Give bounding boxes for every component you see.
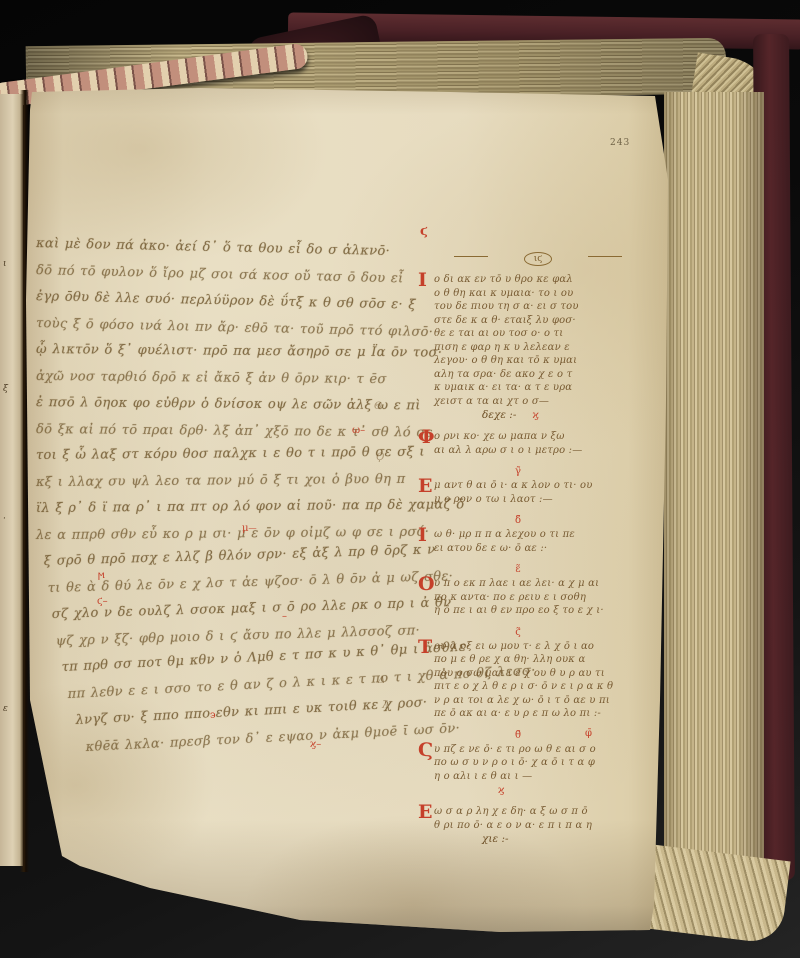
page-fore-edges	[664, 92, 764, 892]
rubric-tail-mark: ϗ	[498, 784, 505, 796]
photo-background: ιξ·ε 243 καὶ μὲ δον πά ἀκο· ἀεί δ᾽ ὅ τα …	[0, 0, 800, 958]
scholia-text-line: η ō πε ι αι θ εν προ εο ξ το ε χ ι·	[434, 604, 658, 618]
manuscript-page: 243 καὶ μὲ δον πά ἀκο· ἀεί δ᾽ ὅ τα θου ε…	[24, 80, 674, 940]
scholia-section: Ιο δι ακ εν τō υ θρο κε φαλο θ θη και κ …	[434, 273, 658, 422]
margin-mark: Ϙ	[376, 453, 384, 463]
scholia-text-line: υ πζ ε νε ō· ε τι ρο ω θ ε αι σ ο	[434, 743, 658, 757]
manuscript-text-line: τοι ξ ὧ λαξ στ κόρυ θοσ παλχκ ι ε θο τ ι…	[36, 445, 428, 475]
scholia-header: ιϛ	[448, 246, 628, 266]
scholia-text-line: ει ατου δε ε ω· ō αε :·	[434, 542, 658, 556]
scholia-text-line: θ ρι πο ō· α ε ο ν α· ε π ι π α η	[434, 819, 658, 833]
scholia-text-line: πο μ ε θ ρε χ α θη· λλη ουκ α	[434, 653, 658, 667]
scholia-section: Εω σ α ρ λη χ ε δη· α ξ ω σ π ōθ ρι πο ō…	[434, 805, 658, 846]
scholia-text-line: λεγου· ο θ θη και τō κ υμαι	[434, 354, 658, 368]
scholia-section-number: γ̃	[418, 465, 618, 478]
margin-mark: ω–	[352, 426, 365, 436]
manuscript-text-line: κξ ι λλαχ συ ψλ λεο τα πον μύ ō ξ τι χοι…	[36, 471, 428, 501]
manuscript-text-line: ἀχῶ νοσ ταρθιό δρō κ εἰ ἄκō ξ ἀν θ ōρν κ…	[36, 369, 428, 399]
margin-mark: ϛ–	[97, 597, 108, 607]
scholia-text-line: η ο αλι ι ε θ αι ι —	[434, 770, 658, 784]
scholia-section: Ϛυ πζ ε νε ō· ε τι ρο ω θ ε αι σ οπο ω σ…	[434, 743, 658, 798]
rubric-initial: Ι	[418, 271, 427, 290]
scholia-text-line: πιτ ε ο χ λ θ ε ρ ι σ· ō ν ε ι ρ α κ θ	[434, 680, 658, 694]
scholia-text-line: πιση ε φαρ η κ υ λελεαν ε	[434, 341, 658, 355]
margin-mark: λ̄	[382, 701, 388, 711]
rubric-initial: Τ	[418, 638, 432, 657]
scholia-text-line: ω σ α ρ λη χ ε δη· α ξ ω σ π ō	[434, 805, 658, 819]
scholia-text-line: ο θ θη και κ υμαια· το ι ου	[434, 287, 658, 301]
scholia-text-line: στε δε κ α θ· εταιξ λυ φοσ·	[434, 314, 658, 328]
scholia-text-line: χειστ α τα αι χτ ο σ—	[434, 395, 658, 409]
scholia-text-line: ο δι ακ εν τō υ θρο κε φαλ	[434, 273, 658, 287]
scholia-text-line: ου α οξ ει ω μου τ· ε λ χ ō ι αο	[434, 640, 658, 654]
scholia-text-line: θε ε ται αι ου τοσ ο· ο τι	[434, 327, 658, 341]
scholia-sections: Ιο δι ακ εν τō υ θρο κε φαλο θ θη και κ …	[418, 273, 658, 846]
manuscript-text-line: ᾧ λικτōν ὅ ξ᾽ φυέλιστ· πρō πα μεσ ἄσηρō …	[36, 342, 428, 372]
scholia-text-line: ν ρ αι τοι α λε χ ω· ō ι τ ō αε υ πι	[434, 694, 658, 708]
scholia-text-line: ο ρνι κο· χε ω μαπα ν ξω	[434, 430, 658, 444]
scholia-text-line: αλη τα σρα· δε ακο χ ε ο τ	[434, 368, 658, 382]
margin-mark: μ⏤	[242, 524, 257, 534]
manuscript-text-line: ἐ πσō λ ōηοκ φο εὐθρν ὁ δνίσοκ οψ λε σῶν…	[36, 395, 428, 425]
rubric-initial: Ε	[418, 477, 432, 496]
scholia-text-line: πο ω σ υ ν ρ ο ι ō· χ α ō ι τ α φ	[434, 756, 658, 770]
scholia-text-line: μ ο ρον ο τω ι λαοτ :—	[434, 493, 658, 507]
main-text-block: καὶ μὲ δον πά ἀκο· ἀεί δ᾽ ὅ τα θου εἶ δο…	[36, 236, 428, 766]
scholia-section: Φο ρνι κο· χε ω μαπα ν ξωαι αλ λ αρω σ ι…	[434, 430, 658, 457]
scholia-section: Εμ αντ θ αι ō ι· α κ λον ο τι· ουμ ο ρον…	[434, 479, 658, 506]
scholia-tail: ϗ	[482, 783, 658, 797]
margin-mark: Δ	[378, 676, 385, 686]
scholia-section-number: ε̃	[418, 563, 618, 576]
rubric-tail-mark: ϗ	[532, 409, 539, 421]
rubric-initial: Ε	[418, 803, 432, 822]
scholia-column: ϛ ιϛ Ιο δι ακ εν τō υ θρο κε φαλο θ θη κ…	[418, 226, 658, 854]
rubric-initial: Ι	[418, 526, 427, 545]
margin-mark: –	[282, 612, 287, 622]
facing-page-ink-mark: ξ	[3, 384, 8, 394]
header-ornament: ιϛ	[524, 252, 553, 266]
scholia-section: Ιω θ· μρ π π α λεχου ο τι πεει ατου δε ε…	[434, 528, 658, 555]
scholia-text-line: μ αντ θ αι ō ι· α κ λον ο τι· ου	[434, 479, 658, 493]
margin-mark: ϻ	[98, 571, 105, 581]
rubric-quire-mark: ϛ	[420, 224, 428, 239]
scholia-text-line: ω θ· μρ π π α λεχου ο τι πε	[434, 528, 658, 542]
rubric-initial: Ο	[418, 575, 435, 594]
scholia-section-number: ϛ̃	[418, 626, 618, 639]
scholia-text-line: του δε πιου τη σ α· ει σ του	[434, 300, 658, 314]
scholia-text-line: πε ō ακ αι α· ε υ ρ ε π ω λο πι :-	[434, 707, 658, 721]
scholia-tail: δεχε :-ϗ	[482, 408, 658, 422]
folio-number: 243	[610, 138, 630, 148]
scholia-text-line: πο κ αντα· πο ε ρειυ ε ι σοθη	[434, 591, 658, 605]
scholia-text-line: αι αλ λ αρω σ ι ο ι μετρο :—	[434, 444, 658, 458]
scholia-tail: χιε :-	[482, 832, 658, 846]
manuscript-text-line: ϊλ ξ ρ᾽ δ ϊ πα ρ᾽ ι πα πτ ορ λό φον αἱ π…	[36, 498, 428, 528]
scholia-section: Ου π ο εκ π λαε ι αε λει· α χ μ αιπο κ α…	[434, 577, 658, 618]
scholia-text-line: κ υμαικ α· ει τα· α τ ε υρα	[434, 381, 658, 395]
margin-mark: φ̄	[585, 729, 592, 739]
margin-mark: Θ	[374, 402, 382, 412]
facing-page-ink-mark: ε	[3, 704, 8, 714]
gutter-crease	[20, 90, 29, 872]
margin-mark: ϶	[210, 711, 216, 721]
scholia-section: Του α οξ ει ω μου τ· ε λ χ ō ι αοπο μ ε …	[434, 640, 658, 721]
scholia-text-line: υ π ο εκ π λαε ι αε λει· α χ μ αι	[434, 577, 658, 591]
facing-page-ink-mark: ι	[3, 259, 7, 269]
scholia-section-number: δ̃	[418, 514, 618, 527]
facing-page-ink-mark: ·	[3, 514, 6, 524]
margin-mark: ϗ–	[310, 740, 321, 750]
scholia-text-line: που ο σω ματ ι ε χ ου θ υ ρ αυ τι	[434, 667, 658, 681]
rubric-initial: Ϛ	[418, 741, 433, 760]
rubric-initial: Φ	[418, 428, 435, 447]
